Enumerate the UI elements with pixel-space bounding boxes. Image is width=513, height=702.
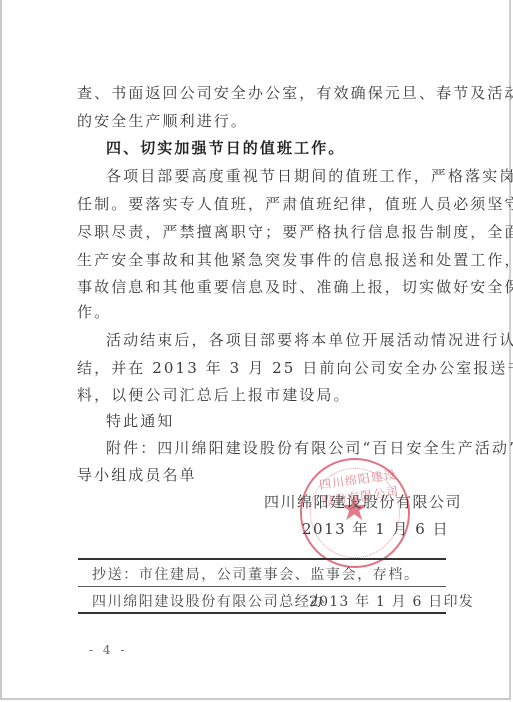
body-line: 尽职尽责，严禁擅离职守；要严格执行信息报告制度，全面做好 [77,222,445,242]
issuer-line: 四川绵阳建设股份有限公司总经办 [92,593,326,611]
body-line: 结，并在 2013 年 3 月 25 日前向公司安全办公室报送书面总结材 [77,358,445,378]
closing-notice: 特此通知 [106,411,444,431]
issue-date: 2013 年 1 月 6 日印发 [309,593,474,611]
document-page: 查、书面返回公司安全办公室，有效确保元旦、春节及活动期间 的安全生产顺利进行。 … [0,0,511,700]
body-line: 各项目部要高度重视节日期间的值班工作，严格落实岗位责 [106,166,444,186]
footer-top-rule [78,558,446,560]
cc-line: 抄送：市住建局，公司董事会、监事会，存档。 [92,566,420,584]
body-line: 任制。要落实专人值班，严肃值班纪律，值班人员必须坚守岗位， [77,194,445,214]
body-line: 作。 [77,302,445,322]
body-line: 事故信息和其他重要信息及时、准确上报，切实做好安全保卫工 [77,277,445,297]
signature-company: 四川绵阳建设股份有限公司 [264,492,462,512]
body-line: 查、书面返回公司安全办公室，有效确保元旦、春节及活动期间 [77,83,445,103]
company-seal-stamp: 四川绵阳建设股份有限公司 ★ [300,458,410,568]
body-line: 料，以便公司汇总后上报市建设局。 [77,385,445,405]
body-line: 活动结束后，各项目部要将本单位开展活动情况进行认真总 [106,330,444,350]
attachment-line: 附件：四川绵阳建设股份有限公司“百日安全生产活动”领 [106,438,444,458]
body-line: 生产安全事故和其他紧急突发事件的信息报送和处置工作，确保 [77,250,445,270]
signature-date: 2013 年 1 月 6 日 [302,519,449,539]
section-heading: 四、切实加强节日的值班工作。 [106,138,444,158]
footer-middle-rule [78,586,446,587]
page-number: - 4 - [89,643,127,657]
footer-bottom-rule [78,612,446,614]
body-line: 的安全生产顺利进行。 [77,111,445,131]
